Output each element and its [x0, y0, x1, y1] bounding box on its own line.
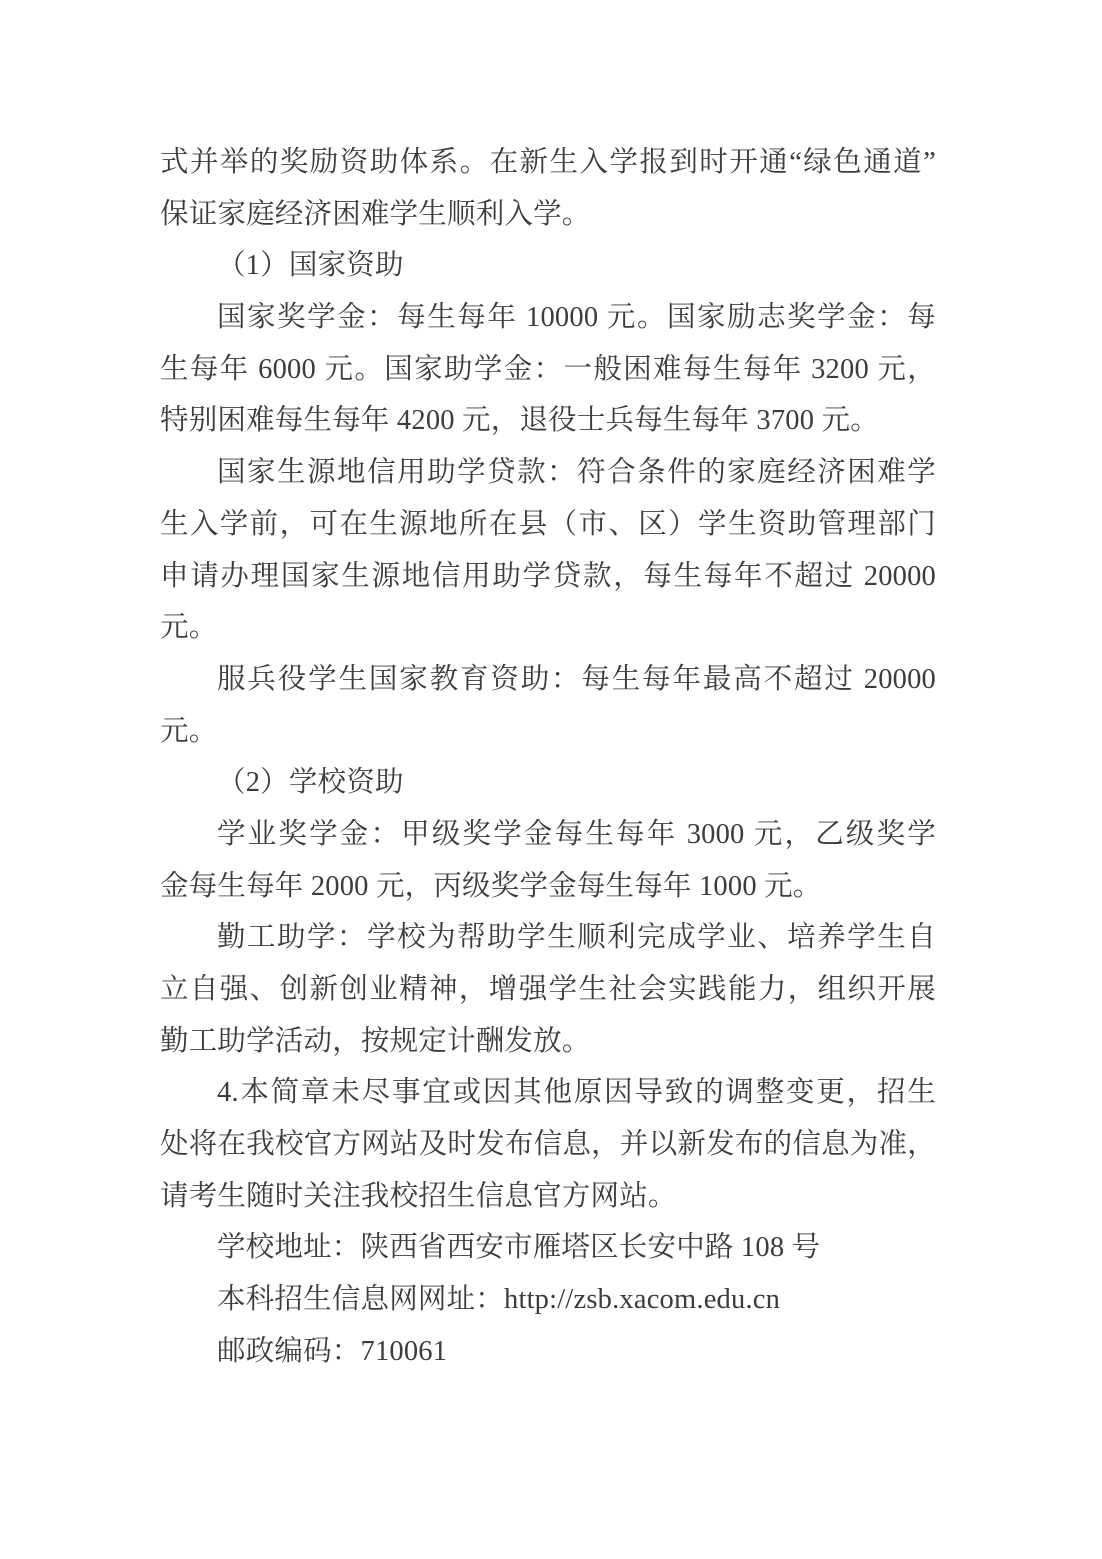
text-line: 国家奖学金：每生每年 10000 元。国家励志奖学金：每: [160, 292, 936, 344]
text-line: 勤工助学：学校为帮助学生顺利完成学业、培养学生自: [160, 912, 936, 964]
page: 式并举的奖励资助体系。在新生入学报到时开通“绿色通道” 保证家庭经济困难学生顺利…: [0, 0, 1102, 1559]
text-line: 生每年 6000 元。国家助学金：一般困难每生每年 3200 元，: [160, 344, 936, 396]
school-address-line: 学校地址：陕西省西安市雁塔区长安中路 108 号: [160, 1222, 936, 1274]
text-line: 元。: [160, 706, 936, 758]
text-line: 处将在我校官方网站及时发布信息，并以新发布的信息为准，: [160, 1119, 936, 1171]
text-line: 元。: [160, 602, 936, 654]
text-line: 请考生随时关注我校招生信息官方网站。: [160, 1171, 936, 1223]
document-body: 式并举的奖励资助体系。在新生入学报到时开通“绿色通道” 保证家庭经济困难学生顺利…: [160, 137, 936, 1378]
text-line: 生入学前，可在生源地所在县（市、区）学生资助管理部门: [160, 499, 936, 551]
text-line: 申请办理国家生源地信用助学贷款，每生每年不超过 20000: [160, 551, 936, 603]
text-line: 学业奖学金：甲级奖学金每生每年 3000 元，乙级奖学: [160, 809, 936, 861]
text-line: 国家生源地信用助学贷款：符合条件的家庭经济困难学: [160, 447, 936, 499]
section-heading-national-aid: （1）国家资助: [160, 240, 936, 292]
text-line: 服兵役学生国家教育资助：每生每年最高不超过 20000: [160, 654, 936, 706]
text-line: 立自强、创新创业精神，增强学生社会实践能力，组织开展: [160, 964, 936, 1016]
postal-code-line: 邮政编码：710061: [160, 1326, 936, 1378]
section-heading-school-aid: （2）学校资助: [160, 757, 936, 809]
text-line: 特别困难每生每年 4200 元，退役士兵每生每年 3700 元。: [160, 395, 936, 447]
text-line: 保证家庭经济困难学生顺利入学。: [160, 189, 936, 241]
text-line: 金每生每年 2000 元，丙级奖学金每生每年 1000 元。: [160, 861, 936, 913]
admissions-website-line: 本科招生信息网网址：http://zsb.xacom.edu.cn: [160, 1274, 936, 1326]
text-line: 4.本简章未尽事宜或因其他原因导致的调整变更，招生: [160, 1067, 936, 1119]
text-line: 式并举的奖励资助体系。在新生入学报到时开通“绿色通道”: [160, 137, 936, 189]
text-line: 勤工助学活动，按规定计酬发放。: [160, 1016, 936, 1068]
